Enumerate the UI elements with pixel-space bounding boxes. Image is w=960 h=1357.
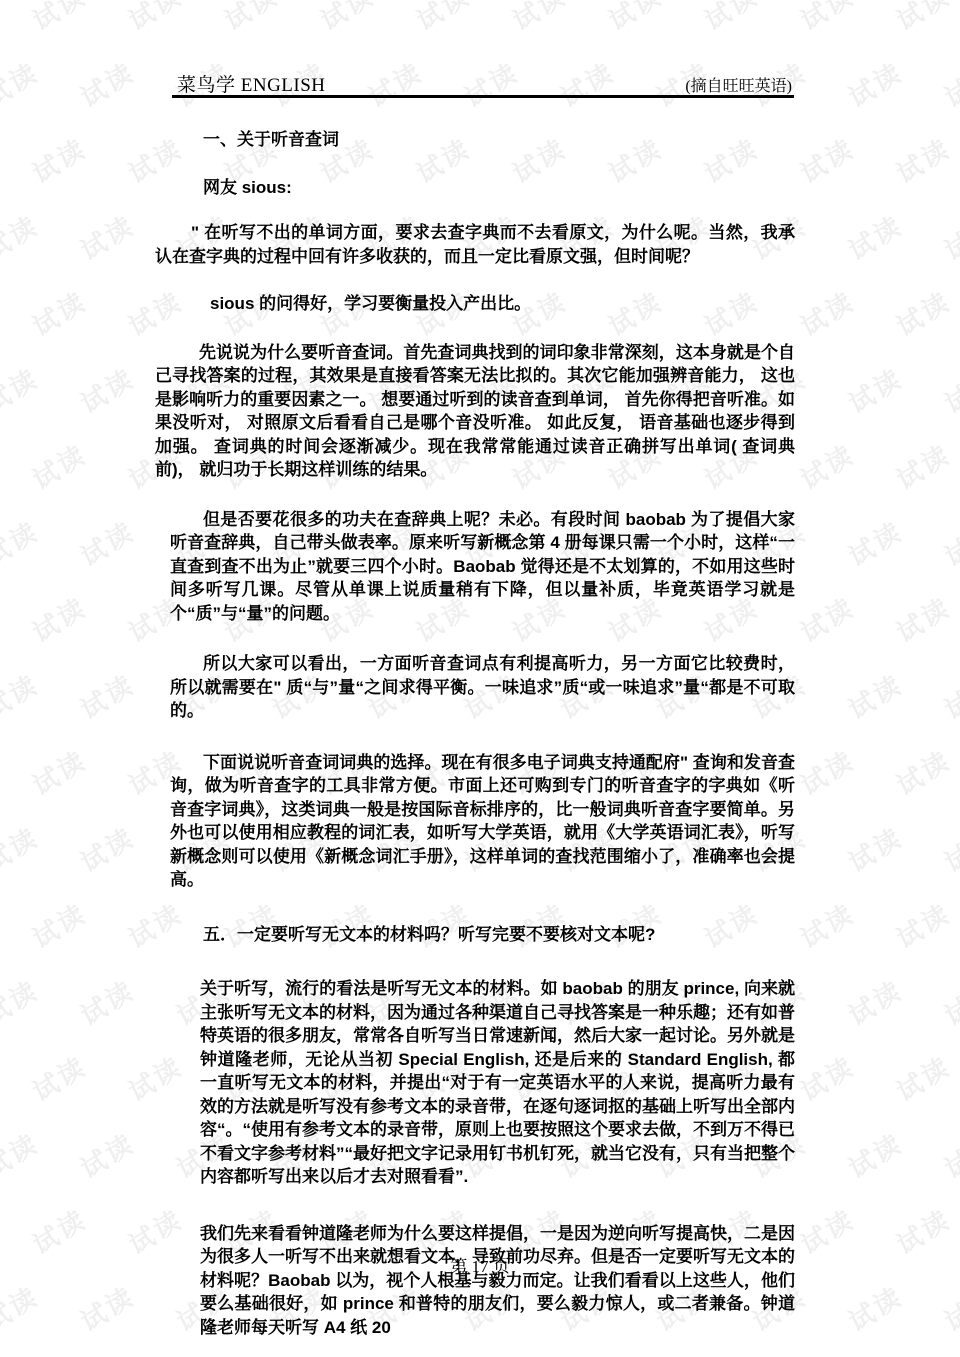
watermark-text: 试读 (74, 1275, 140, 1339)
watermark-text: 试读 (26, 127, 92, 191)
watermark-text: 试读 (74, 1122, 140, 1186)
watermark-text: 试读 (26, 280, 92, 344)
document-body: 一、关于听音查词网友 sious:" 在听写不出的单词方面，要求去查字典而不去看… (152, 128, 795, 1339)
watermark-text: 试读 (362, 51, 428, 115)
watermark-text: 试读 (26, 586, 92, 650)
watermark-text: 试读 (842, 1275, 908, 1339)
watermark-text: 试读 (890, 433, 956, 497)
watermark-text: 试读 (0, 357, 44, 421)
paragraph: 但是否要花很多的功夫在查辞典上呢？未必。有段时间 baobab 为了提倡大家听音… (170, 508, 795, 626)
watermark-text: 试读 (74, 204, 140, 268)
watermark-text: 试读 (938, 51, 960, 115)
watermark-text: 试读 (0, 51, 44, 115)
paragraph: 网友 sious: (203, 176, 795, 200)
header-rule (172, 95, 794, 98)
page-number: 第 17 页 (450, 1257, 510, 1276)
watermark-text: 试读 (890, 0, 956, 39)
watermark-text: 试读 (794, 0, 860, 39)
watermark-text: 试读 (794, 586, 860, 650)
section-heading: 一、关于听音查词 (203, 128, 795, 152)
header-title: 菜鸟学 ENGLISH (177, 70, 326, 97)
watermark-text: 试读 (122, 0, 188, 39)
watermark-text: 试读 (842, 1122, 908, 1186)
watermark-text: 试读 (0, 510, 44, 574)
watermark-text: 试读 (794, 739, 860, 803)
watermark-text: 试读 (26, 433, 92, 497)
watermark-text: 试读 (74, 969, 140, 1033)
watermark-text: 试读 (938, 510, 960, 574)
watermark-text: 试读 (890, 280, 956, 344)
watermark-text: 试读 (0, 1275, 44, 1339)
watermark-text: 试读 (842, 357, 908, 421)
watermark-text: 试读 (842, 51, 908, 115)
section-heading: 五．一定要听写无文本的材料吗？听写完要不要核对文本呢? (203, 923, 795, 947)
watermark-text: 试读 (0, 204, 44, 268)
watermark-text: 试读 (74, 510, 140, 574)
paragraph: sious 的问得好，学习要衡量投入产出比。 (210, 292, 795, 316)
paragraph: " 在听写不出的单词方面，要求去查字典而不去看原文，为什么呢。当然，我承认在查字… (155, 221, 795, 268)
paragraph: 下面说说听音查词词典的选择。现在有很多电子词典支持通配府" 查询和发音查询，做为… (170, 751, 795, 892)
watermark-text: 试读 (890, 892, 956, 956)
watermark-text: 试读 (890, 586, 956, 650)
watermark-text: 试读 (842, 969, 908, 1033)
paragraph: 关于听写，流行的看法是听写无文本的材料。如 baobab 的朋友 prince,… (200, 977, 795, 1189)
watermark-text: 试读 (842, 510, 908, 574)
watermark-text: 试读 (794, 892, 860, 956)
watermark-text: 试读 (314, 0, 380, 39)
paragraph: 先说说为什么要听音查词。首先查词典找到的词印象非常深刻，这本身就是个自己寻找答案… (155, 341, 795, 482)
watermark-text: 试读 (842, 816, 908, 880)
paragraph: 我们先来看看钟道隆老师为什么要这样提倡，一是因为逆向听写提高快，二是因为很多人一… (200, 1222, 795, 1340)
watermark-text: 试读 (74, 51, 140, 115)
watermark-text: 试读 (794, 280, 860, 344)
watermark-text: 试读 (938, 816, 960, 880)
watermark-text: 试读 (74, 663, 140, 727)
header-source-note: (摘自旺旺英语) (685, 73, 792, 96)
watermark-text: 试读 (0, 969, 44, 1033)
watermark-text: 试读 (74, 816, 140, 880)
watermark-text: 试读 (554, 51, 620, 115)
watermark-text: 试读 (794, 1045, 860, 1109)
watermark-text: 试读 (26, 1045, 92, 1109)
watermark-text: 试读 (890, 739, 956, 803)
watermark-text: 试读 (890, 1045, 956, 1109)
watermark-text: 试读 (938, 357, 960, 421)
watermark-text: 试读 (938, 1122, 960, 1186)
watermark-text: 试读 (74, 357, 140, 421)
watermark-text: 试读 (410, 0, 476, 39)
watermark-text: 试读 (938, 1275, 960, 1339)
watermark-text: 试读 (26, 739, 92, 803)
watermark-text: 试读 (938, 204, 960, 268)
watermark-text: 试读 (842, 204, 908, 268)
watermark-text: 试读 (218, 0, 284, 39)
watermark-text: 试读 (0, 816, 44, 880)
page-footer: 第 17 页 (0, 1252, 960, 1277)
watermark-text: 试读 (0, 1122, 44, 1186)
watermark-text: 试读 (938, 663, 960, 727)
watermark-text: 试读 (794, 127, 860, 191)
watermark-text: 试读 (458, 51, 524, 115)
watermark-text: 试读 (890, 127, 956, 191)
watermark-text: 试读 (0, 663, 44, 727)
watermark-text: 试读 (506, 0, 572, 39)
watermark-text: 试读 (602, 0, 668, 39)
watermark-text: 试读 (698, 0, 764, 39)
paragraph: 所以大家可以看出，一方面听音查词点有利提高听力，另一方面它比较费时，所以就需要在… (170, 652, 795, 723)
watermark-text: 试读 (794, 433, 860, 497)
watermark-text: 试读 (26, 892, 92, 956)
watermark-text: 试读 (26, 0, 92, 39)
watermark-text: 试读 (938, 969, 960, 1033)
watermark-text: 试读 (842, 663, 908, 727)
document-page: 试读试读试读试读试读试读试读试读试读试读试读试读试读试读试读试读试读试读试读试读… (0, 0, 960, 1357)
